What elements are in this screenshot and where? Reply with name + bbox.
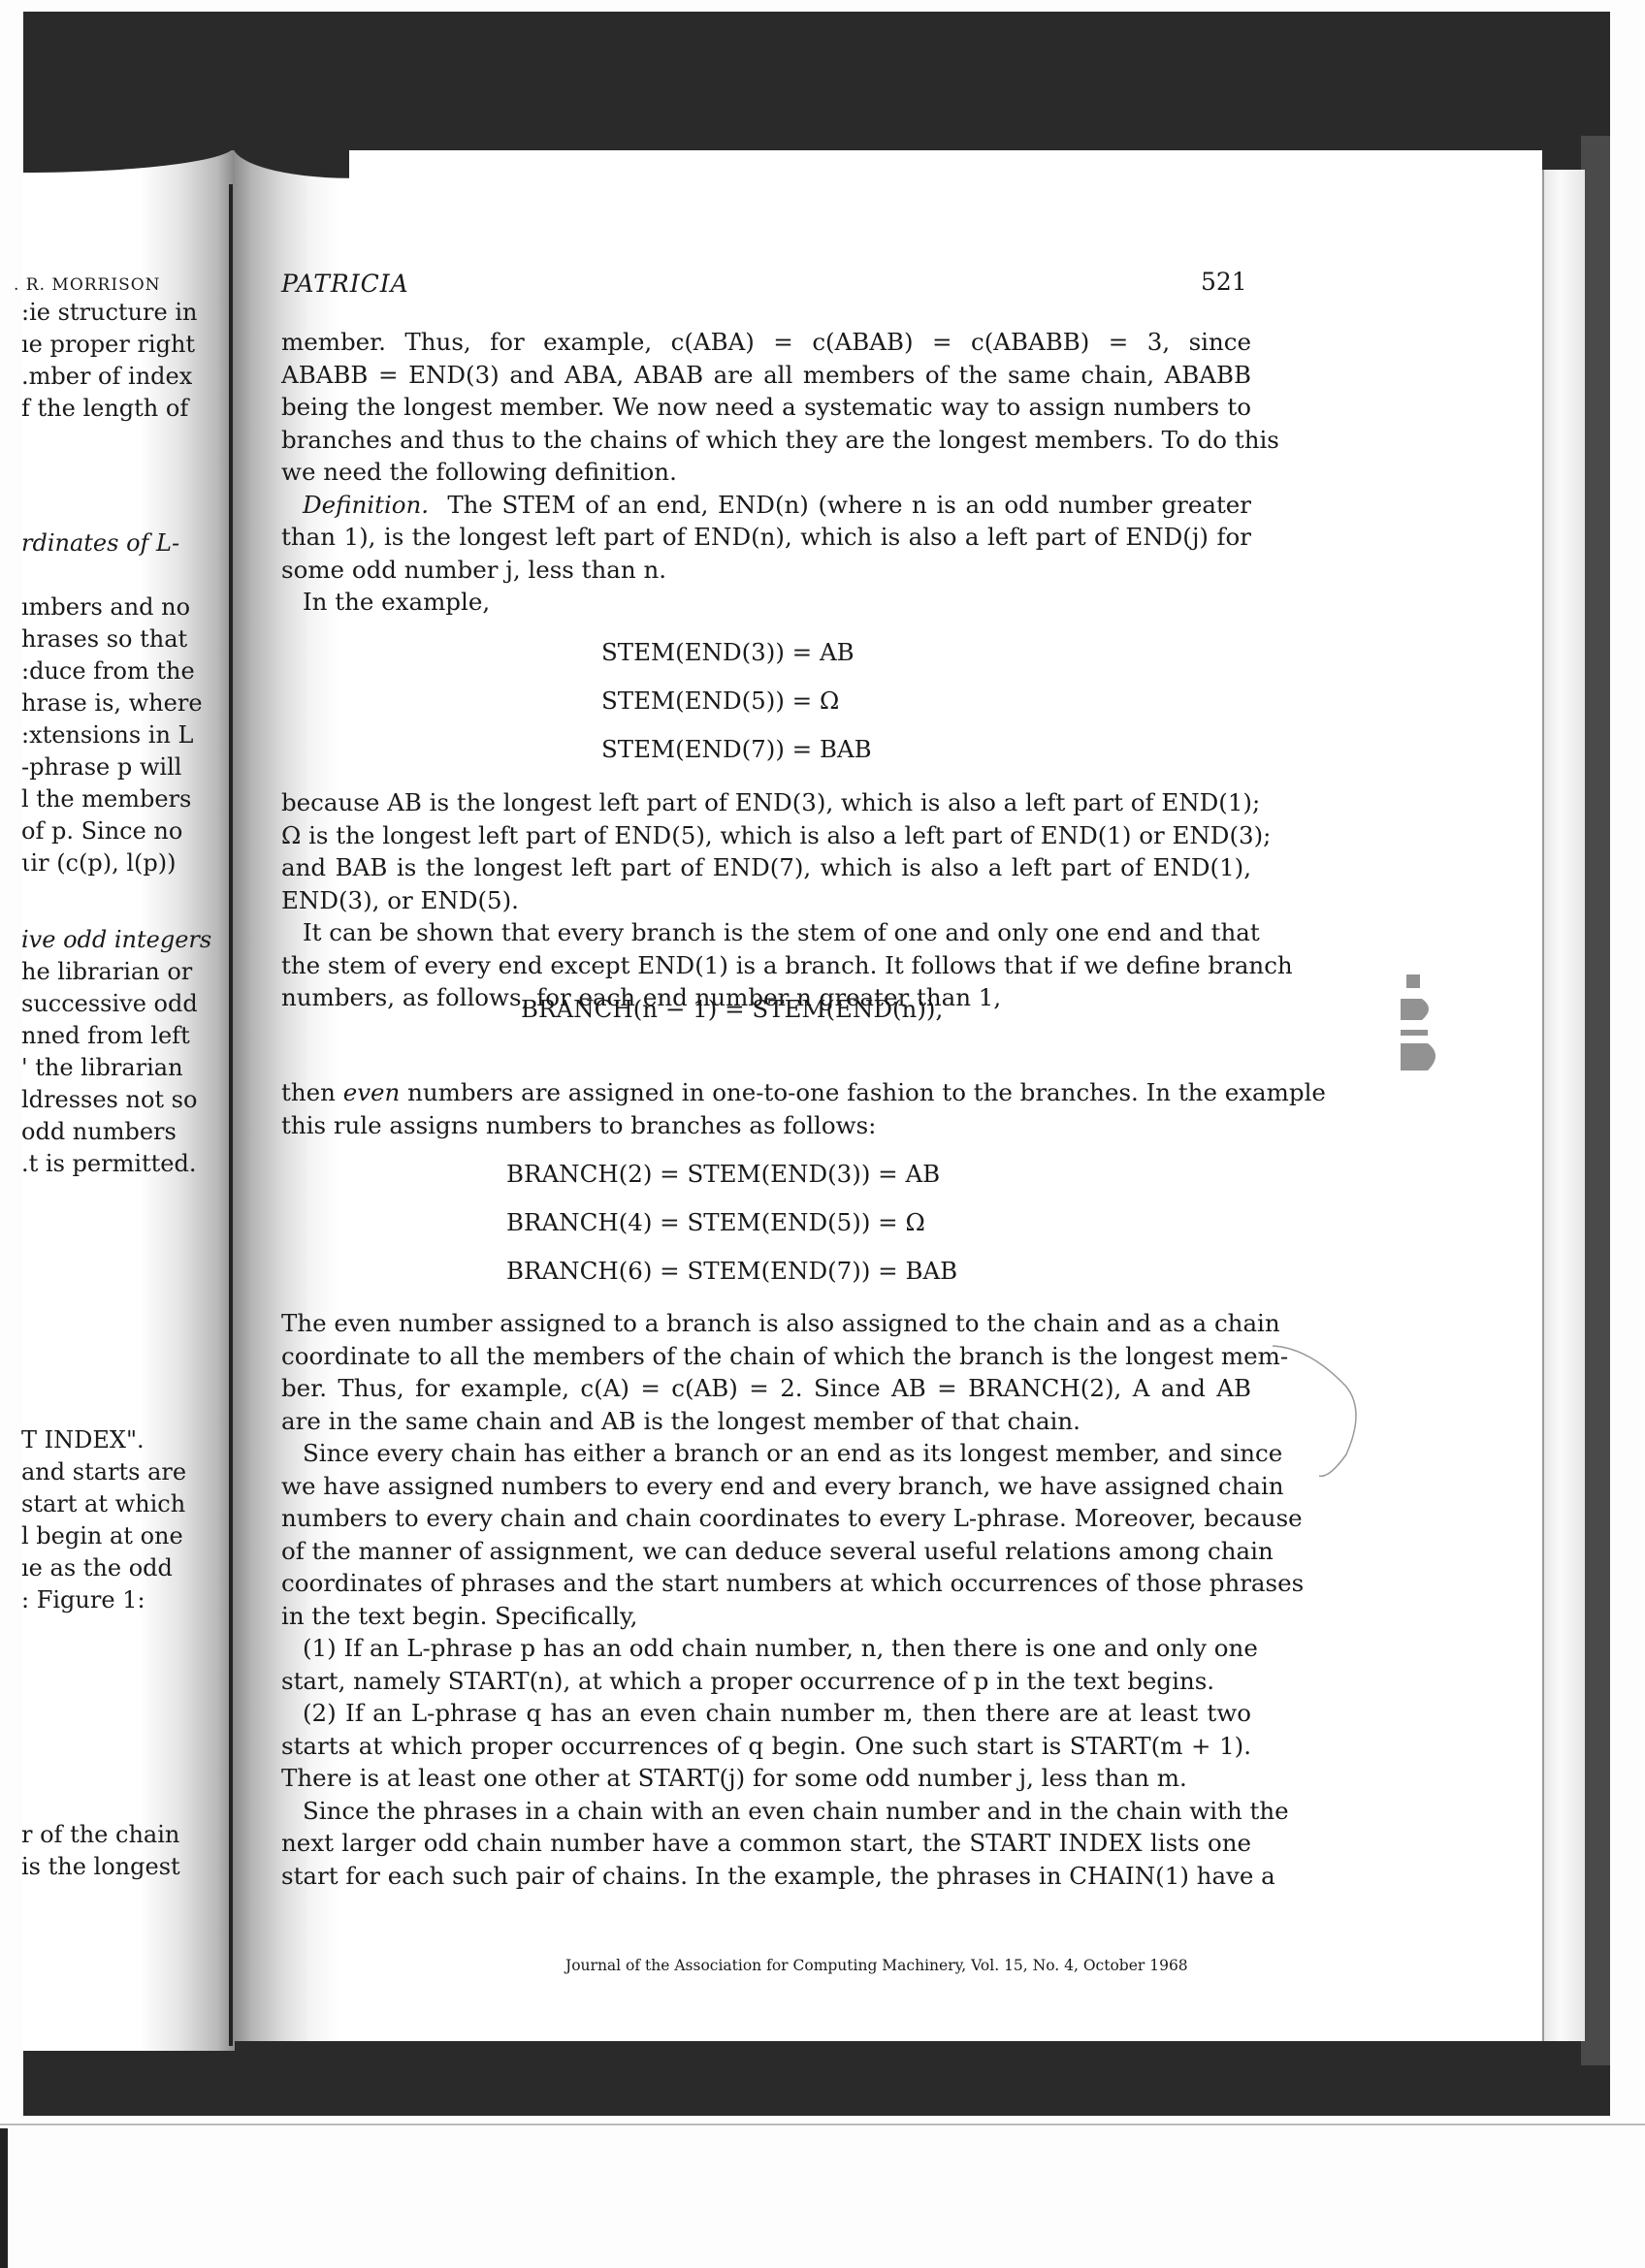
paragraph-chain-example: member. Thus, for example, c(ABA) = c(AB…	[281, 326, 1251, 619]
left-page-line: :duce from the	[21, 657, 230, 685]
left-page-line: he librarian or	[21, 958, 230, 985]
left-page-line: .t is permitted.	[21, 1150, 230, 1177]
definition-line: Definition. The STEM of an end, END(n) (…	[281, 489, 1251, 522]
left-page-line: :ie structure in	[21, 299, 230, 326]
left-running-head: . R. MORRISON	[14, 275, 161, 295]
left-page-line: : Figure 1:	[21, 1586, 230, 1613]
left-page-line: f the length of	[21, 395, 230, 422]
scan-edge-mark	[0, 2128, 8, 2268]
stem-equation-2: STEM(END(5)) = Ω	[601, 687, 839, 715]
left-page-line: start at which	[21, 1490, 230, 1517]
left-page-line: l the members	[21, 785, 230, 813]
left-page-line: is the longest	[21, 1853, 230, 1880]
page-stack-edge	[1542, 170, 1585, 2041]
left-page-line: ldresses not so	[21, 1086, 230, 1113]
left-page-line: l begin at one	[21, 1522, 230, 1549]
left-page-line: T INDEX".	[21, 1426, 230, 1453]
paragraph-stem-explanation: because AB is the longest left part of E…	[281, 786, 1251, 1014]
left-page-line: successive odd	[21, 990, 230, 1017]
left-page-line: .mber of index	[21, 363, 230, 390]
left-page-line: :xtensions in L	[21, 721, 230, 749]
running-head: PATRICIA	[281, 270, 409, 298]
left-page-line: nned from left	[21, 1022, 230, 1049]
journal-footer: Journal of the Association for Computing…	[565, 1957, 1188, 1974]
left-page-line: ımbers and no	[21, 593, 230, 621]
left-page-line: odd numbers	[21, 1118, 230, 1145]
pencil-mark-icon	[1271, 1338, 1377, 1484]
left-page-line: r of the chain	[21, 1821, 230, 1848]
left-page-line: ' the librarian	[21, 1054, 230, 1081]
paragraph-chain-coordinates: The even number assigned to a branch is …	[281, 1307, 1251, 1892]
book-cover-edge	[1581, 136, 1610, 2065]
branch-equation-3: BRANCH(6) = STEM(END(7)) = BAB	[506, 1257, 957, 1285]
left-page-line: ıe proper right	[21, 331, 230, 358]
page-number: 521	[1201, 268, 1247, 296]
stem-equation-3: STEM(END(7)) = BAB	[601, 735, 872, 763]
left-page-line: -phrase p will	[21, 753, 230, 781]
left-page-line: ιir (c(p), l(p))	[21, 849, 230, 877]
left-page-line: hrase is, where	[21, 689, 230, 717]
left-page-line: of p. Since no	[21, 817, 230, 845]
stem-equation-1: STEM(END(3)) = AB	[601, 638, 855, 666]
branch-definition-equation: BRANCH(n − 1) = STEM(END(n)),	[521, 995, 943, 1023]
paragraph-even-numbers: then even numbers are assigned in one-to…	[281, 1076, 1251, 1141]
left-page-line: rdinates of L-	[21, 529, 230, 557]
scan-edge	[0, 2124, 1645, 2125]
book-gutter	[229, 184, 233, 2046]
left-page-line: ıe as the odd	[21, 1554, 230, 1581]
ink-bleed-mark-icon	[1397, 970, 1445, 1086]
branch-equation-1: BRANCH(2) = STEM(END(3)) = AB	[506, 1160, 940, 1188]
branch-equation-2: BRANCH(4) = STEM(END(5)) = Ω	[506, 1208, 925, 1236]
left-page-line: ive odd integers	[21, 926, 230, 953]
left-page-line: hrases so that	[21, 625, 230, 653]
definition-label: Definition.	[303, 491, 429, 519]
left-page-line: and starts are	[21, 1458, 230, 1485]
